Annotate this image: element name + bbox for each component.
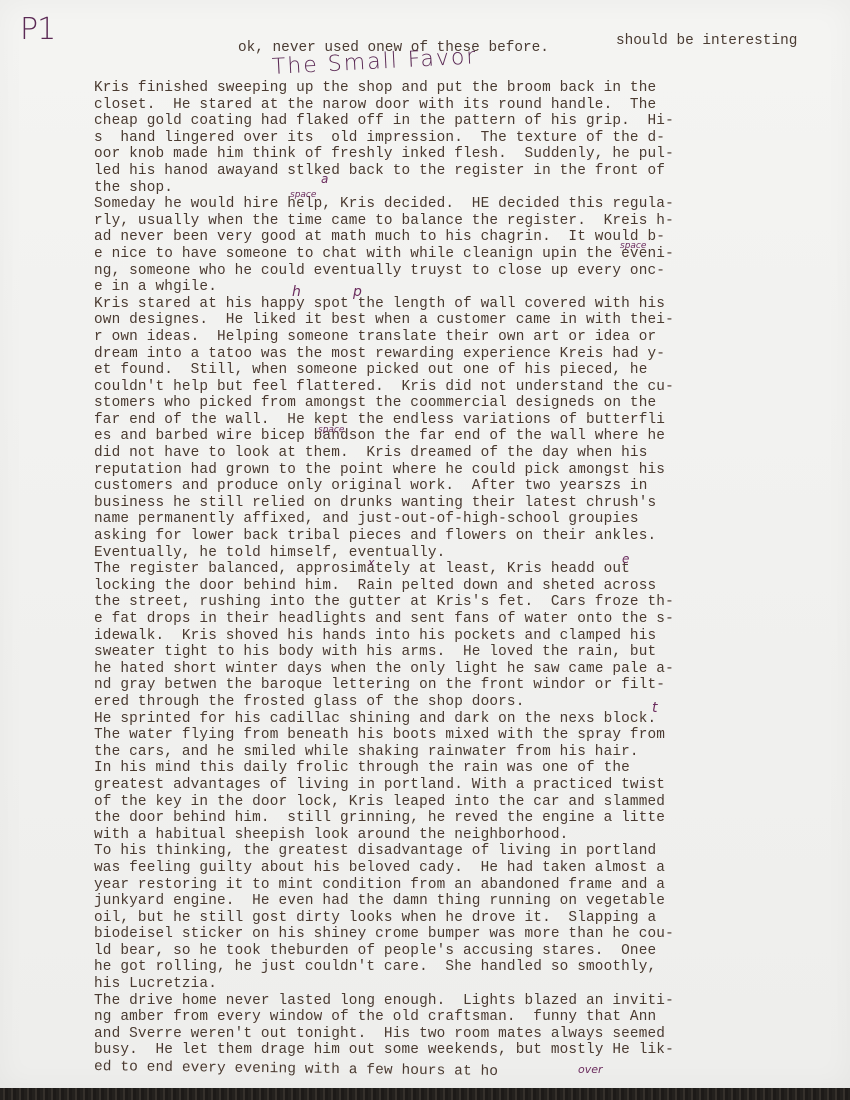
manuscript-line: own designes. He liked it best when a cu… xyxy=(94,312,844,329)
manuscript-line: ed to end every evening with a few hours… xyxy=(94,1059,844,1085)
manuscript-line: led his hanod awayand stlked back to the… xyxy=(94,163,844,180)
annotation-space-mark: space xyxy=(318,425,344,435)
manuscript-line: In his mind this daily frolic through th… xyxy=(94,760,844,777)
manuscript-line: junkyard engine. He even had the damn th… xyxy=(94,893,844,910)
manuscript-line: e fat drops in their headlights and sent… xyxy=(94,611,844,628)
manuscript-line: his Lucretzia. xyxy=(94,976,844,993)
manuscript-line: the street, rushing into the gutter at K… xyxy=(94,594,844,611)
manuscript-line: He sprinted for his cadillac shining and… xyxy=(94,711,844,728)
manuscript-line: closet. He stared at the narow door with… xyxy=(94,97,844,114)
manuscript-line: et found. Still, when someone picked out… xyxy=(94,362,844,379)
manuscript-line: reputation had grown to the point where … xyxy=(94,462,844,479)
manuscript-line: of the key in the door lock, Kris leaped… xyxy=(94,794,844,811)
manuscript-line: e nice to have someone to chat with whil… xyxy=(94,246,844,263)
page-number-label: P1 xyxy=(20,12,55,47)
manuscript-line: s hand lingered over its old impression.… xyxy=(94,130,844,147)
manuscript-line: idewalk. Kris shoved his hands into his … xyxy=(94,628,844,645)
manuscript-line: cheap gold coating had flaked off in the… xyxy=(94,113,844,130)
manuscript-line: busy. He let them drage him out some wee… xyxy=(94,1042,844,1059)
annotation-insert-e: e xyxy=(622,552,629,566)
manuscript-line: ng amber from every window of the old cr… xyxy=(94,1009,844,1026)
annotation-insert-x: x xyxy=(368,556,375,569)
annotation-insert-over: over xyxy=(578,1063,603,1076)
manuscript-line: ered through the frosted glass of the sh… xyxy=(94,694,844,711)
typed-note-right: should be interesting xyxy=(616,33,797,49)
manuscript-line: ad never been very good at math much to … xyxy=(94,229,844,246)
manuscript-line: he got rolling, he just couldn't care. S… xyxy=(94,959,844,976)
manuscript-line: oil, but he still gost dirty looks when … xyxy=(94,910,844,927)
manuscript-line: e in a whgile. xyxy=(94,279,844,296)
annotation-insert-h: h xyxy=(292,284,301,300)
manuscript-line: ng, someone who he could eventually truy… xyxy=(94,263,844,280)
manuscript-line: he hated short winter days when the only… xyxy=(94,661,844,678)
manuscript-body: Kris finished sweeping up the shop and p… xyxy=(94,80,844,1076)
manuscript-line: To his thinking, the greatest disadvanta… xyxy=(94,843,844,860)
annotation-space-mark: space xyxy=(620,241,646,251)
manuscript-line: The register balanced, approsimately at … xyxy=(94,561,844,578)
manuscript-line: business he still relied on drunks wanti… xyxy=(94,495,844,512)
manuscript-line: Eventually, he told himself, eventually. xyxy=(94,545,844,562)
manuscript-line: r own ideas. Helping someone translate t… xyxy=(94,329,844,346)
manuscript-line: biodeisel sticker on his shiney crome bu… xyxy=(94,926,844,943)
manuscript-line: greatest advantages of living in portlan… xyxy=(94,777,844,794)
manuscript-line: did not have to look at them. Kris dream… xyxy=(94,445,844,462)
manuscript-line: Someday he would hire help, Kris decided… xyxy=(94,196,844,213)
manuscript-line: es and barbed wire bicep bandson the far… xyxy=(94,428,844,445)
manuscript-line: name permanently affixed, and just-out-o… xyxy=(94,511,844,528)
manuscript-line: year restoring it to mint condition from… xyxy=(94,877,844,894)
manuscript-line: with a habitual sheepish look around the… xyxy=(94,827,844,844)
manuscript-line: was feeling guilty about his beloved cad… xyxy=(94,860,844,877)
manuscript-line: and Sverre weren't out tonight. His two … xyxy=(94,1026,844,1043)
manuscript-line: nd gray betwen the baroque lettering on … xyxy=(94,677,844,694)
manuscript-line: The water flying from beneath his boots … xyxy=(94,727,844,744)
manuscript-line: the shop. xyxy=(94,180,844,197)
manuscript-page: P1 ok, never used onew of these before. … xyxy=(0,0,850,1088)
manuscript-line: the door behind him. still grinning, he … xyxy=(94,810,844,827)
manuscript-line: sweater tight to his body with his arms.… xyxy=(94,644,844,661)
manuscript-line: oor knob made him think of freshly inked… xyxy=(94,146,844,163)
manuscript-line: locking the door behind him. Rain pelted… xyxy=(94,578,844,595)
manuscript-line: Kris finished sweeping up the shop and p… xyxy=(94,80,844,97)
manuscript-line: rly, usually when the time came to balan… xyxy=(94,213,844,230)
manuscript-line: The drive home never lasted long enough.… xyxy=(94,993,844,1010)
annotation-space-mark: space xyxy=(290,190,316,200)
manuscript-line: stomers who picked from amongst the coom… xyxy=(94,395,844,412)
manuscript-line: couldn't help but feel flattered. Kris d… xyxy=(94,379,844,396)
manuscript-line: the cars, and he smiled while shaking ra… xyxy=(94,744,844,761)
manuscript-line: ld bear, so he took theburden of people'… xyxy=(94,943,844,960)
manuscript-line: dream into a tatoo was the most rewardin… xyxy=(94,346,844,363)
manuscript-line: Kris stared at his happy spot the length… xyxy=(94,296,844,313)
manuscript-line: customers and produce only original work… xyxy=(94,478,844,495)
scanner-background xyxy=(0,1088,850,1100)
annotation-insert-t: t xyxy=(652,700,658,716)
annotation-insert-p: p xyxy=(353,284,362,300)
annotation-insert-a: a xyxy=(321,172,328,186)
manuscript-line: far end of the wall. He kept the endless… xyxy=(94,412,844,429)
manuscript-line: asking for lower back tribal pieces and … xyxy=(94,528,844,545)
